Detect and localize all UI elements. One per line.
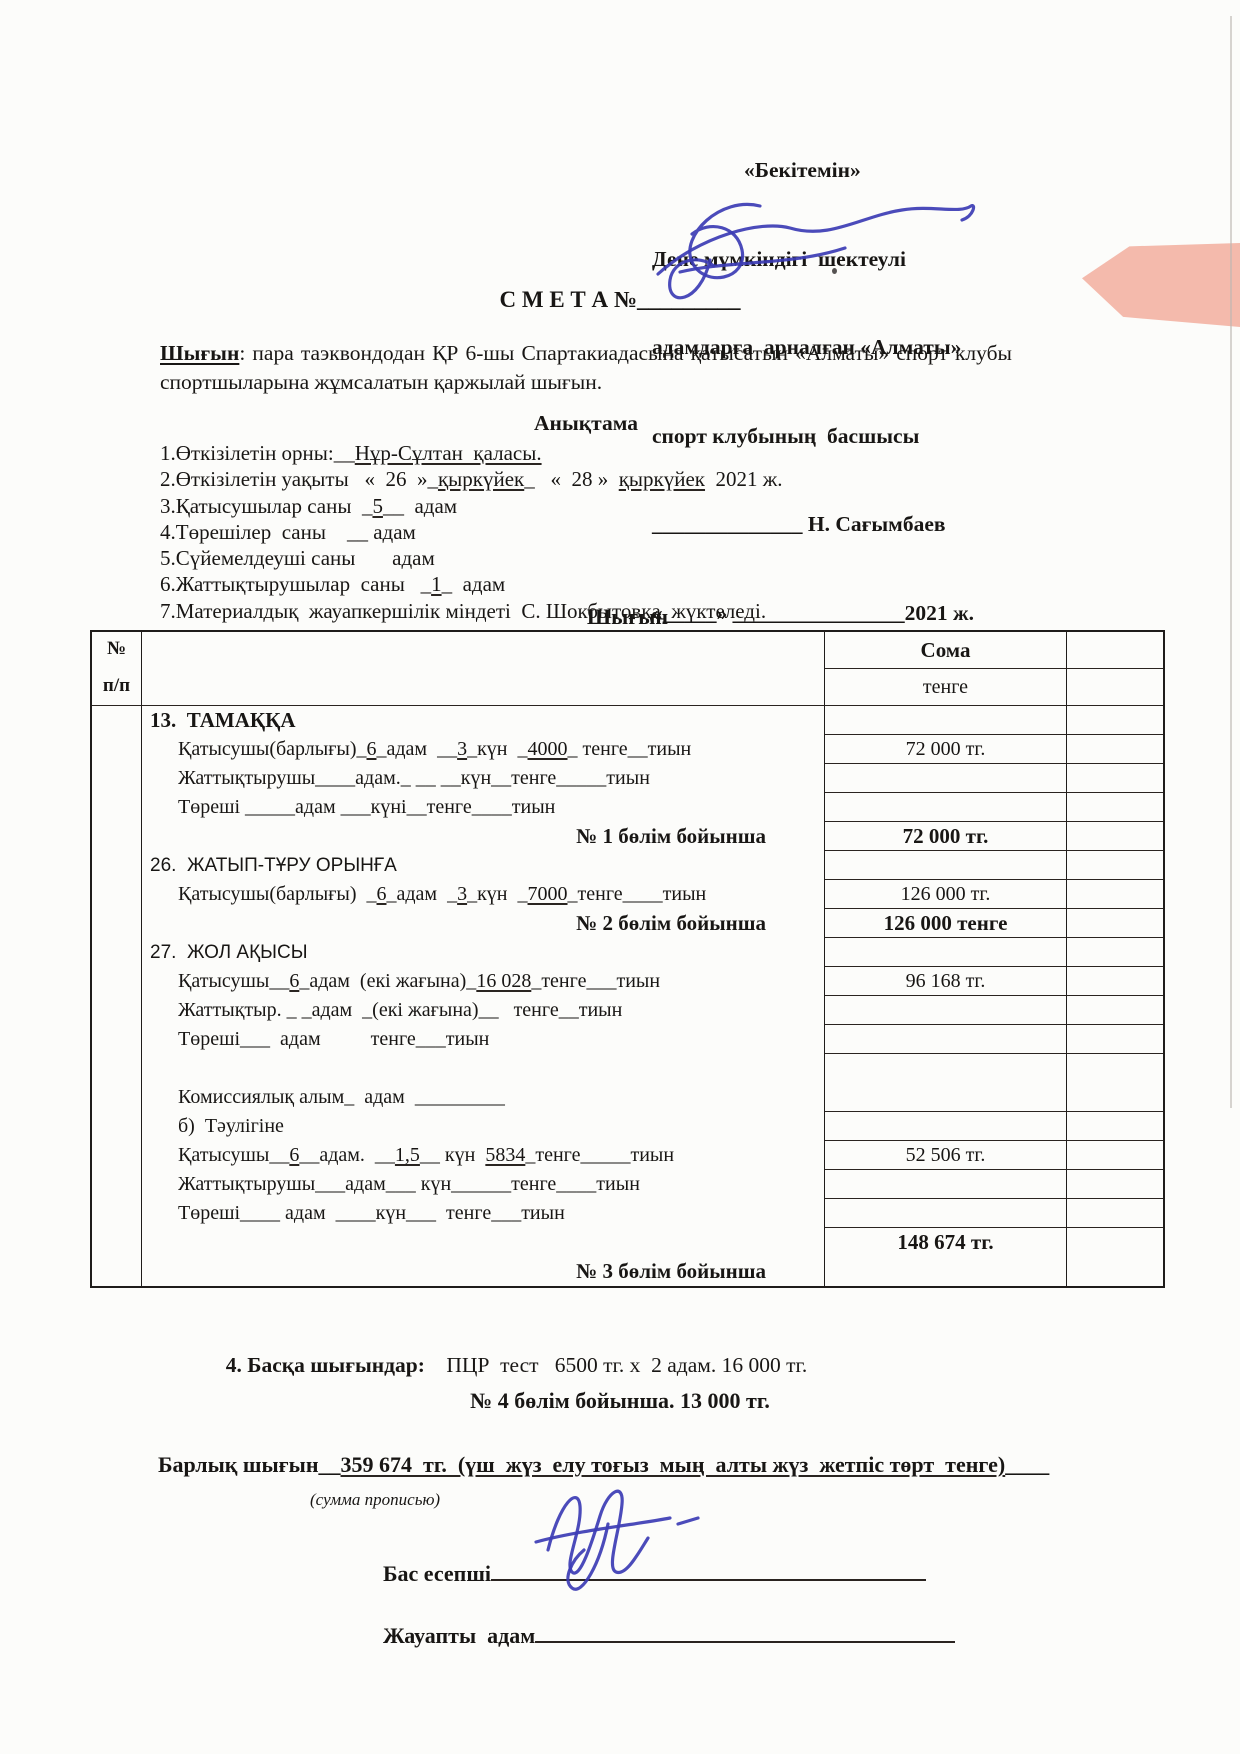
sum-in-words-note: (сумма прописью) bbox=[310, 1490, 440, 1510]
expense-sum bbox=[825, 996, 1067, 1025]
expense-desc: Қатысушы(барлығы) _6_адам _3_күн _7000_т… bbox=[142, 880, 825, 909]
expense-desc: 26. ЖАТЫП-ТҰРУ ОРЫНҒА bbox=[142, 851, 825, 880]
table-row: Қатысушы(барлығы)_6_адам __3_күн _4000_ … bbox=[92, 735, 1163, 764]
expense-sum bbox=[825, 1054, 1067, 1083]
section-total-label: № 1 бөлім бойынша bbox=[142, 822, 825, 851]
section-total-sum: 72 000 тг. bbox=[825, 822, 1067, 851]
expense-desc bbox=[142, 1228, 825, 1257]
section4-total: № 4 бөлім бойынша. 13 000 тг. bbox=[0, 1388, 1240, 1414]
expense-desc: Қатысушы__6__адам. __1,5__ күн 5834_тенг… bbox=[142, 1141, 825, 1170]
accountant-signature-ink bbox=[520, 1472, 720, 1602]
reference-list: 1.Өткізілетін орны:__Нұр-Сұлтан қаласы. … bbox=[160, 440, 1040, 624]
expense-desc: Төреші _____адам ___күні__тенге____тиын bbox=[142, 793, 825, 822]
table-row-blank bbox=[92, 1054, 1163, 1083]
table-row: Комиссиялық алым_ адам _________ bbox=[92, 1083, 1163, 1112]
expense-desc: Жаттықтырушы____адам._ __ __күн__тенге__… bbox=[142, 764, 825, 793]
other-expenses-text: ПЦР тест 6500 тг. х 2 адам. 16 000 тг. bbox=[425, 1353, 807, 1377]
expense-desc: Жаттықтырушы___адам___ күн______тенге___… bbox=[142, 1170, 825, 1199]
table-row: б) Тәулігіне bbox=[92, 1112, 1163, 1141]
ink-dot-artifact bbox=[832, 268, 837, 274]
table-header-row: № Сома bbox=[92, 632, 1163, 669]
table-row-section-total: № 1 бөлім бойынша72 000 тг. bbox=[92, 822, 1163, 851]
section-total-sum bbox=[825, 1257, 1067, 1286]
col-sum-header: Сома bbox=[825, 632, 1067, 669]
col-desc-header bbox=[142, 632, 825, 669]
responsible-signature-blank bbox=[535, 1623, 955, 1643]
expense-sum: 96 168 тг. bbox=[825, 967, 1067, 996]
expense-sum bbox=[825, 793, 1067, 822]
expense-sum bbox=[825, 706, 1067, 735]
table-row-grand-sum: 148 674 тг. bbox=[92, 1228, 1163, 1257]
table-row: 13. ТАМАҚҚА bbox=[92, 706, 1163, 735]
expense-sum bbox=[825, 1025, 1067, 1054]
title-number-blank: _________ bbox=[637, 287, 741, 312]
sign-here-tab bbox=[1082, 243, 1240, 327]
table-heading: Шығын bbox=[90, 604, 1165, 630]
table-row: Қатысушы__6_адам (екі жағына)_16 028_тен… bbox=[92, 967, 1163, 996]
table-row: Жаттықтырушы___адам___ күн______тенге___… bbox=[92, 1170, 1163, 1199]
col-no-header: № bbox=[92, 632, 142, 669]
table-row: Төреші___ адам тенге___тиын bbox=[92, 1025, 1163, 1054]
section-total-label: № 3 бөлім бойынша bbox=[142, 1257, 825, 1286]
expense-desc: Қатысушы__6_адам (екі жағына)_16 028_тен… bbox=[142, 967, 825, 996]
scanner-edge-artifact bbox=[1230, 16, 1232, 1108]
expense-desc: Комиссиялық алым_ адам _________ bbox=[142, 1083, 825, 1112]
col-no-header-2: п/п bbox=[92, 669, 142, 706]
expense-sum: 52 506 тг. bbox=[825, 1141, 1067, 1170]
subject-label: Шығын bbox=[160, 341, 239, 365]
expense-desc: Қатысушы(барлығы)_6_адам __3_күн _4000_ … bbox=[142, 735, 825, 764]
table-row: Төреші____ адам ____күн___ тенге___тиын bbox=[92, 1199, 1163, 1228]
table-row: Жаттықтырушы____адам._ __ __күн__тенге__… bbox=[92, 764, 1163, 793]
responsible-signature-row: Жауапты адам bbox=[372, 1597, 955, 1649]
reference-heading: Анықтама bbox=[160, 411, 1012, 436]
table-row-section-total: № 3 бөлім бойынша bbox=[92, 1257, 1163, 1286]
col-sum-unit: тенге bbox=[825, 669, 1067, 706]
document-title: С М Е Т А № bbox=[500, 287, 637, 312]
table-row: Төреші _____адам ___күні__тенге____тиын bbox=[92, 793, 1163, 822]
expense-desc: Жаттықтыр. _ _адам _(екі жағына)__ тенге… bbox=[142, 996, 825, 1025]
expense-sum: 126 000 тг. bbox=[825, 880, 1067, 909]
expense-desc: б) Тәулігіне bbox=[142, 1112, 825, 1141]
table-row: Қатысушы(барлығы) _6_адам _3_күн _7000_т… bbox=[92, 880, 1163, 909]
expense-desc: 27. ЖОЛ АҚЫСЫ bbox=[142, 938, 825, 967]
expense-sum bbox=[825, 851, 1067, 880]
table-row-section-total: № 2 бөлім бойынша126 000 тенге bbox=[92, 909, 1163, 938]
table-row: Жаттықтыр. _ _адам _(екі жағына)__ тенге… bbox=[92, 996, 1163, 1025]
expense-desc bbox=[142, 1054, 825, 1083]
expense-sum: 148 674 тг. bbox=[825, 1228, 1067, 1257]
table-row: Қатысушы__6__адам. __1,5__ күн 5834_тенг… bbox=[92, 1141, 1163, 1170]
scanned-estimate-document: { "colors": { "ink_blue": "#3c3cb4", "ta… bbox=[0, 0, 1240, 1754]
expense-sum bbox=[825, 938, 1067, 967]
responsible-label: Жауапты адам bbox=[383, 1623, 535, 1648]
reference-item-venue: 1.Өткізілетін орны:__Нұр-Сұлтан қаласы. bbox=[160, 440, 1040, 466]
table-row: 27. ЖОЛ АҚЫСЫ bbox=[92, 938, 1163, 967]
section-total-sum: 126 000 тенге bbox=[825, 909, 1067, 938]
reference-item-escort: 5.Сүйемелдеуші саны адам bbox=[160, 545, 1040, 571]
expense-sum bbox=[825, 1170, 1067, 1199]
subject-text: : пара таэквондодан ҚР 6-шы Спартакиадас… bbox=[160, 341, 1012, 394]
table-header-row: п/п тенге bbox=[92, 669, 1163, 706]
table-row: 26. ЖАТЫП-ТҰРУ ОРЫНҒА bbox=[92, 851, 1163, 880]
expense-desc: Төреші___ адам тенге___тиын bbox=[142, 1025, 825, 1054]
other-expenses-line: 4. Басқа шығындар: ПЦР тест 6500 тг. х 2… bbox=[215, 1328, 1115, 1378]
expense-sum bbox=[825, 1199, 1067, 1228]
expense-table: № Сома п/п тенге 13. ТАМАҚҚА Қатысушы(ба… bbox=[90, 630, 1165, 1288]
reference-item-participants: 3.Қатысушылар саны _5__ адам bbox=[160, 493, 1040, 519]
reference-item-dates: 2.Өткізілетін уақыты « 26 »_қыркүйек_ « … bbox=[160, 466, 1040, 492]
other-expenses-label: 4. Басқа шығындар: bbox=[226, 1353, 425, 1377]
expense-sum bbox=[825, 764, 1067, 793]
accountant-label: Бас есепші bbox=[383, 1561, 491, 1586]
section-total-label: № 2 бөлім бойынша bbox=[142, 909, 825, 938]
document-title-row: С М Е Т А №_________ bbox=[0, 287, 1240, 313]
reference-item-coaches: 6.Жаттықтырушылар саны _1_ адам bbox=[160, 571, 1040, 597]
expense-desc: Төреші____ адам ____күн___ тенге___тиын bbox=[142, 1199, 825, 1228]
expense-desc: 13. ТАМАҚҚА bbox=[142, 706, 825, 735]
subject-paragraph: Шығын: пара таэквондодан ҚР 6-шы Спартак… bbox=[160, 339, 1012, 396]
reference-item-referees: 4.Төрешілер саны __ адам bbox=[160, 519, 1040, 545]
expense-sum bbox=[825, 1112, 1067, 1141]
expense-sum bbox=[825, 1083, 1067, 1112]
expense-sum: 72 000 тг. bbox=[825, 735, 1067, 764]
